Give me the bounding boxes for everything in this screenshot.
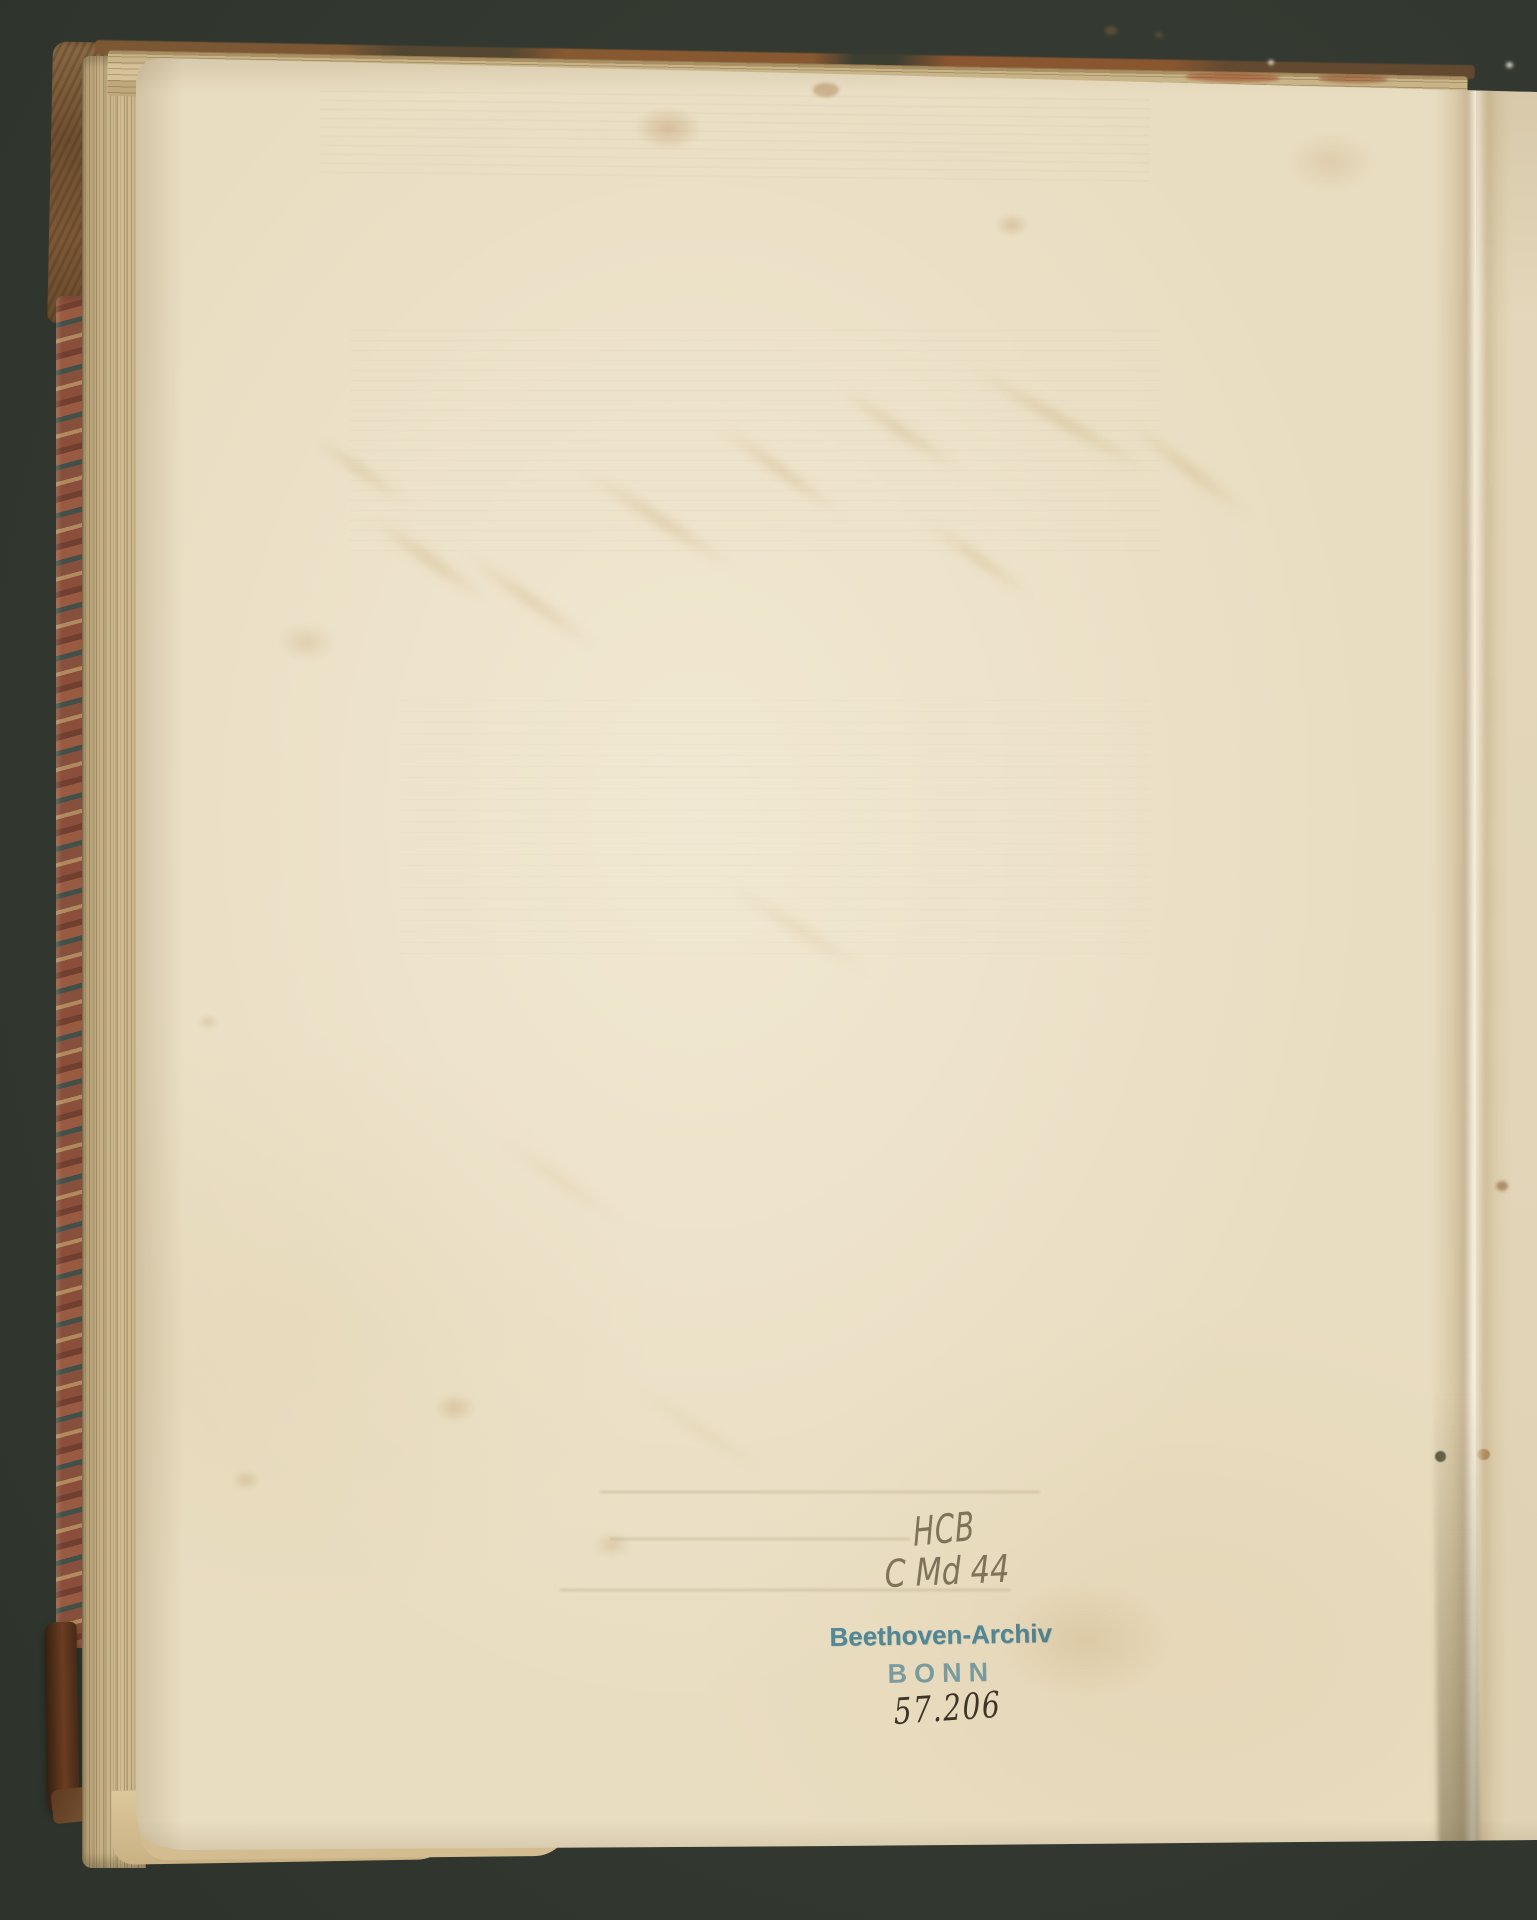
- show-through-rule: [610, 1538, 910, 1540]
- foxing-stain: [995, 213, 1029, 237]
- show-through-lines: [320, 91, 1151, 185]
- accession-number: 57.206: [893, 1685, 1002, 1733]
- stamp-line-bonn: BONN: [820, 1656, 1063, 1691]
- debris-speck: [1105, 26, 1117, 35]
- foxing-stain: [197, 1014, 219, 1030]
- page-right-of-crease: [1476, 52, 1537, 1868]
- stamp-line-archiv: Beethoven-Archiv: [819, 1618, 1062, 1653]
- foxing-stain: [434, 1393, 476, 1423]
- lint-speck: [1506, 62, 1513, 68]
- show-through-rule: [600, 1491, 1040, 1493]
- foxing-stain: [276, 622, 336, 662]
- page-crease-shadow: [1434, 1392, 1481, 1862]
- book-page: [136, 52, 1537, 1868]
- book-scan: HCB C Md 44 Beethoven-Archiv BONN 57.206: [0, 0, 1537, 1920]
- lint-speck: [1268, 60, 1274, 65]
- debris-speck: [1155, 32, 1163, 38]
- foxing-stain: [633, 106, 703, 151]
- foxing-stain: [592, 1531, 632, 1559]
- foxing-stain: [813, 83, 839, 97]
- foxing-stain: [232, 1470, 260, 1490]
- pencil-shelfmark-line2: C Md 44: [884, 1547, 1010, 1596]
- foxing-stain: [1286, 132, 1376, 192]
- spine-leather-tail: [44, 1622, 79, 1815]
- library-stamp: Beethoven-Archiv BONN: [819, 1618, 1062, 1691]
